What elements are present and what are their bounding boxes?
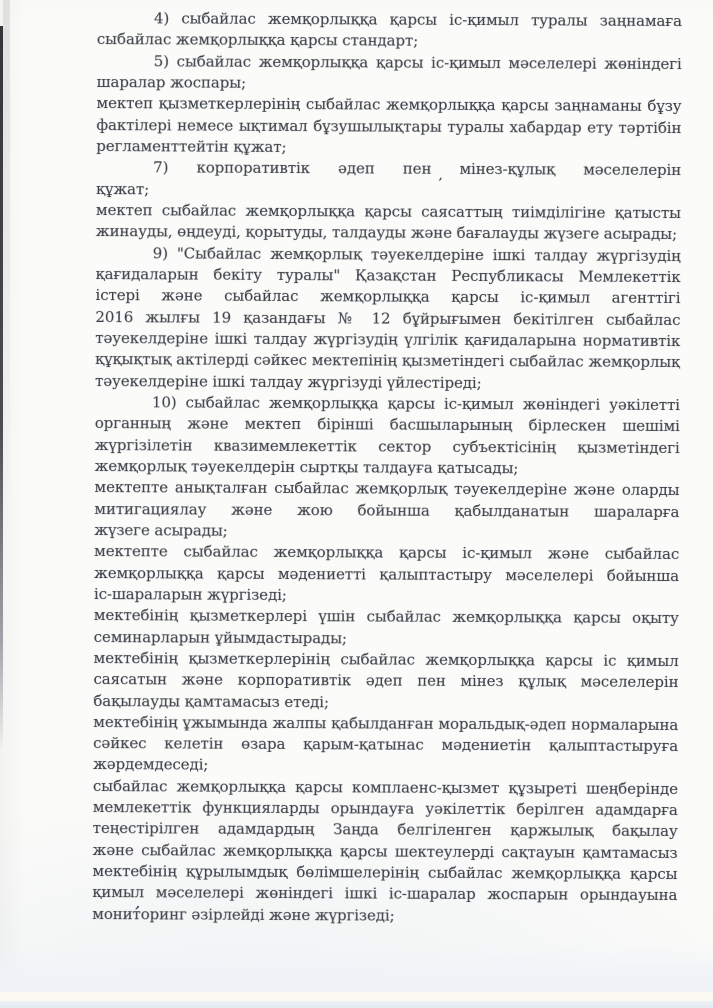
text-line: мектебінің құрылымдық бөлімшелерінің сыб… bbox=[92, 861, 677, 885]
text-line: сәйкес келетін өзара қарым-қатынас мәден… bbox=[93, 733, 678, 757]
scan-band-bottom-edge bbox=[0, 1001, 713, 1008]
text-line: сыбайлас жемқорлыққа қарсы стандарт; bbox=[97, 29, 682, 53]
paragraph: сыбайлас жемқорлыққа қарсы комплаенс-қыз… bbox=[93, 776, 678, 864]
numbered-paragraph: 7) корпоративтік әдеп пен мінез-құлық мә… bbox=[96, 157, 681, 203]
text-line: жүзеге асырады; bbox=[94, 520, 679, 544]
scan-band-bottom-fade bbox=[0, 944, 713, 992]
text-line: 7) корпоративтік әдеп пен мінез-құлық мә… bbox=[96, 157, 681, 181]
text-line: іс-шараларын жүргізеді; bbox=[94, 584, 679, 608]
paragraph: мектебінің ұжымында жалпы қабылданған мо… bbox=[93, 712, 678, 779]
text-line: мектебінің ұжымында жалпы қабылданған мо… bbox=[93, 712, 678, 736]
text-line: тәуекелдеріне ішкі талдау жүргізуді үйле… bbox=[95, 371, 680, 395]
text-line: мектепте анықталған сыбайлас жемқорлық т… bbox=[94, 477, 679, 501]
text-line: құжат; bbox=[96, 179, 681, 203]
text-line: құқықтық актілерді сәйкес мектепінің қыз… bbox=[95, 349, 680, 373]
text-line: 4) сыбайлас жемқорлыққа қарсы іс-қимыл т… bbox=[97, 8, 682, 32]
scan-edge-line-left bbox=[0, 26, 3, 752]
text-line: мектеп сыбайлас жемқорлыққа қарсы саясат… bbox=[96, 200, 681, 224]
text-line: мектепте сыбайлас жемқорлыққа қарсы іс-қ… bbox=[94, 541, 679, 565]
text-line: фактілері немесе ықтимал бұзушылықтары т… bbox=[96, 115, 681, 139]
text-line: тәуекелдеріне ішкі талдау жүргізудің үлг… bbox=[95, 328, 680, 352]
paragraph: мектепте сыбайлас жемқорлыққа қарсы іс-қ… bbox=[94, 541, 679, 608]
scanned-document-page: 4) сыбайлас жемқорлыққа қарсы іс-қимыл т… bbox=[0, 0, 713, 1008]
text-line: шаралар жоспары; bbox=[97, 72, 682, 96]
paragraph: мектебінің қызметкерлері үшін сыбайлас ж… bbox=[94, 605, 679, 651]
paragraph: мектеп қызметкерлерінің сыбайлас жемқорл… bbox=[96, 93, 681, 160]
text-line: бақылауды қамтамасыз етеді; bbox=[93, 690, 678, 714]
paragraph: мектебінің қызметкерлерінің сыбайлас жем… bbox=[93, 648, 678, 715]
text-line: теңестірілген адамдардың Заңда белгіленг… bbox=[93, 818, 678, 842]
document-text-block: 4) сыбайлас жемқорлыққа қарсы іс-қимыл т… bbox=[92, 8, 682, 928]
text-line: семинарларын ұйымдастырады; bbox=[94, 627, 679, 651]
text-line: органның және мектеп бірінші басшыларыны… bbox=[95, 413, 680, 437]
text-line: мониторинг әзірлейді және жүргізеді; bbox=[92, 904, 677, 928]
numbered-paragraph: 9) "Сыбайлас жемқорлық тәуекелдеріне ішк… bbox=[95, 243, 681, 395]
numbered-paragraph: 10) сыбайлас жемқорлыққа қарсы іс-қимыл … bbox=[95, 392, 680, 480]
scan-band-bottom-light-strip bbox=[0, 992, 713, 1001]
paragraph: мектебінің құрылымдық бөлімшелерінің сыб… bbox=[92, 861, 677, 928]
text-line: мектеп қызметкерлерінің сыбайлас жемқорл… bbox=[96, 93, 681, 117]
text-line: 9) "Сыбайлас жемқорлық тәуекелдеріне ішк… bbox=[96, 243, 681, 267]
text-line: жемқорлық тәуекелдерін сыртқы талдауға қ… bbox=[95, 456, 680, 480]
text-line: жәрдемдеседі; bbox=[93, 754, 678, 778]
text-line: жүргізілетін квазимемлекеттік сектор суб… bbox=[95, 435, 680, 459]
numbered-paragraph: 5) сыбайлас жемқорлыққа қарсы іс-қимыл м… bbox=[97, 51, 682, 97]
text-line: 10) сыбайлас жемқорлыққа қарсы іс-қимыл … bbox=[95, 392, 680, 416]
text-line: митигациялау және жою бойынша қабылданат… bbox=[94, 499, 679, 523]
paragraph: мектеп сыбайлас жемқорлыққа қарсы саясат… bbox=[96, 200, 681, 246]
text-line: 2016 жылғы 19 қазандағы № 12 бұйрығымен … bbox=[95, 307, 680, 331]
text-line: мемлекеттік функцияларды орындауға уәкіл… bbox=[93, 797, 678, 821]
text-line: істері және сыбайлас жемқорлыққа қарсы і… bbox=[95, 285, 680, 309]
paragraph: мектепте анықталған сыбайлас жемқорлық т… bbox=[94, 477, 679, 544]
text-line: қағидаларын бекіту туралы" Қазақстан Рес… bbox=[96, 264, 681, 288]
scan-shadow-left bbox=[3, 0, 10, 540]
text-line: және сыбайлас жемқорлыққа қарсы шектеуле… bbox=[93, 840, 678, 864]
text-line: жемқорлыққа қарсы мәдениетті қалыптастыр… bbox=[94, 563, 679, 587]
text-line: мектебінің қызметкерлері үшін сыбайлас ж… bbox=[94, 605, 679, 629]
numbered-paragraph: 4) сыбайлас жемқорлыққа қарсы іс-қимыл т… bbox=[97, 8, 682, 54]
text-line: мектебінің қызметкерлерінің сыбайлас жем… bbox=[94, 648, 679, 672]
text-line: жинауды, өңдеуді, қорытуды, талдауды жән… bbox=[96, 221, 681, 245]
text-line: регламенттейтін құжат; bbox=[96, 136, 681, 160]
text-line: сыбайлас жемқорлыққа қарсы комплаенс-қыз… bbox=[93, 776, 678, 800]
text-line: саясатын және корпоративтік әдеп пен мін… bbox=[93, 669, 678, 693]
text-line: қимыл мәселелері жөніндегі ішкі іс-шарал… bbox=[92, 882, 677, 906]
text-line: 5) сыбайлас жемқорлыққа қарсы іс-қимыл м… bbox=[97, 51, 682, 75]
